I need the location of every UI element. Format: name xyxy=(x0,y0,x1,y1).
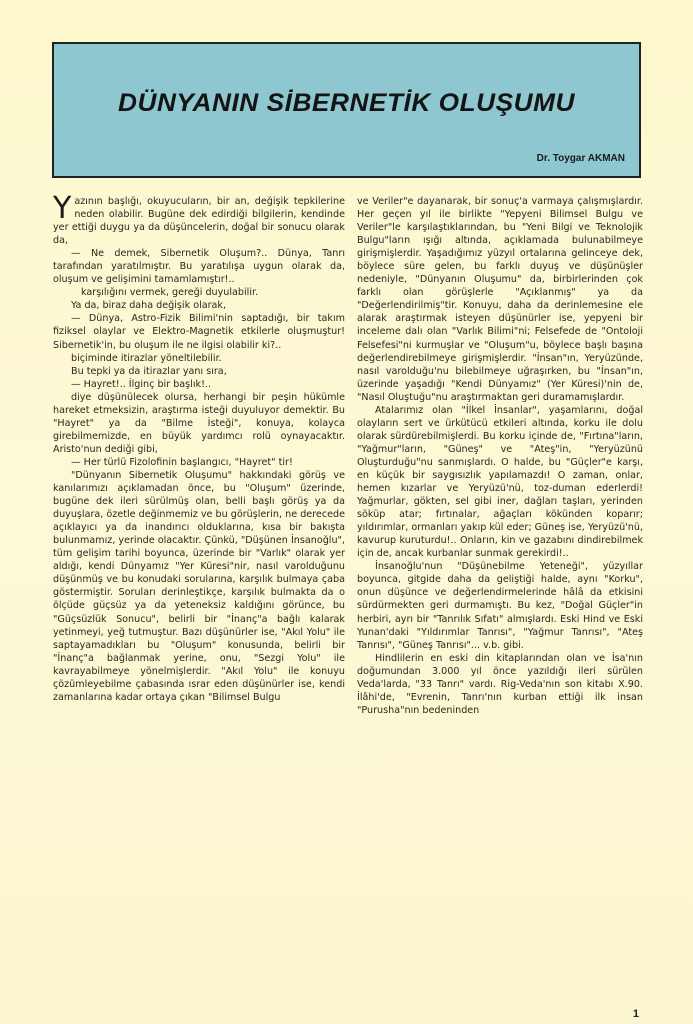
article-author: Dr. Toygar AKMAN xyxy=(537,153,625,164)
paragraph: — Her türlü Fizolofinin başlangıcı, "Hay… xyxy=(53,456,345,469)
paragraph: biçiminde itirazlar yöneltilebilir. xyxy=(53,352,345,365)
paragraph: Atalarımız olan "İlkel İnsanlar", yaşaml… xyxy=(357,404,643,561)
article-title: DÜNYANIN SİBERNETİK OLUŞUMU xyxy=(39,89,653,118)
left-column: Yazının başlığı, okuyucuların, bir an, d… xyxy=(53,195,345,704)
paragraph: — Dünya, Astro-Fizik Bilimi'nin saptadığ… xyxy=(53,312,345,351)
magazine-page: DÜNYANIN SİBERNETİK OLUŞUMU Dr. Toygar A… xyxy=(0,0,693,1024)
paragraph: Ya da, biraz daha değişik olarak, xyxy=(53,299,345,312)
paragraph: ve Veriler"e dayanarak, bir sonuç'a varm… xyxy=(357,195,643,404)
paragraph: diye düşünülecek olursa, herhangi bir pe… xyxy=(53,391,345,456)
title-banner: DÜNYANIN SİBERNETİK OLUŞUMU Dr. Toygar A… xyxy=(52,42,641,178)
paragraph: Hindlilerin en eski din kitaplarından ol… xyxy=(357,652,643,717)
right-column: ve Veriler"e dayanarak, bir sonuç'a varm… xyxy=(357,195,643,717)
paragraph: karşılığını vermek, gereği duyulabilir. xyxy=(53,286,345,299)
paragraph: Yazının başlığı, okuyucuların, bir an, d… xyxy=(53,195,345,247)
drop-cap: Y xyxy=(53,197,71,221)
page-number: 1 xyxy=(633,1008,639,1020)
paragraph: — Hayret!.. İlginç bir başlık!.. xyxy=(53,378,345,391)
paragraph: "Dünyanın Sibernetik Oluşumu" hakkındaki… xyxy=(53,469,345,704)
paragraph: Bu tepki ya da itirazlar yanı sıra, xyxy=(53,365,345,378)
paragraph: — Ne demek, Sibernetik Oluşum?.. Dünya, … xyxy=(53,247,345,286)
paragraph: İnsanoğlu'nun "Düşünebilme Yeteneği", yü… xyxy=(357,560,643,651)
